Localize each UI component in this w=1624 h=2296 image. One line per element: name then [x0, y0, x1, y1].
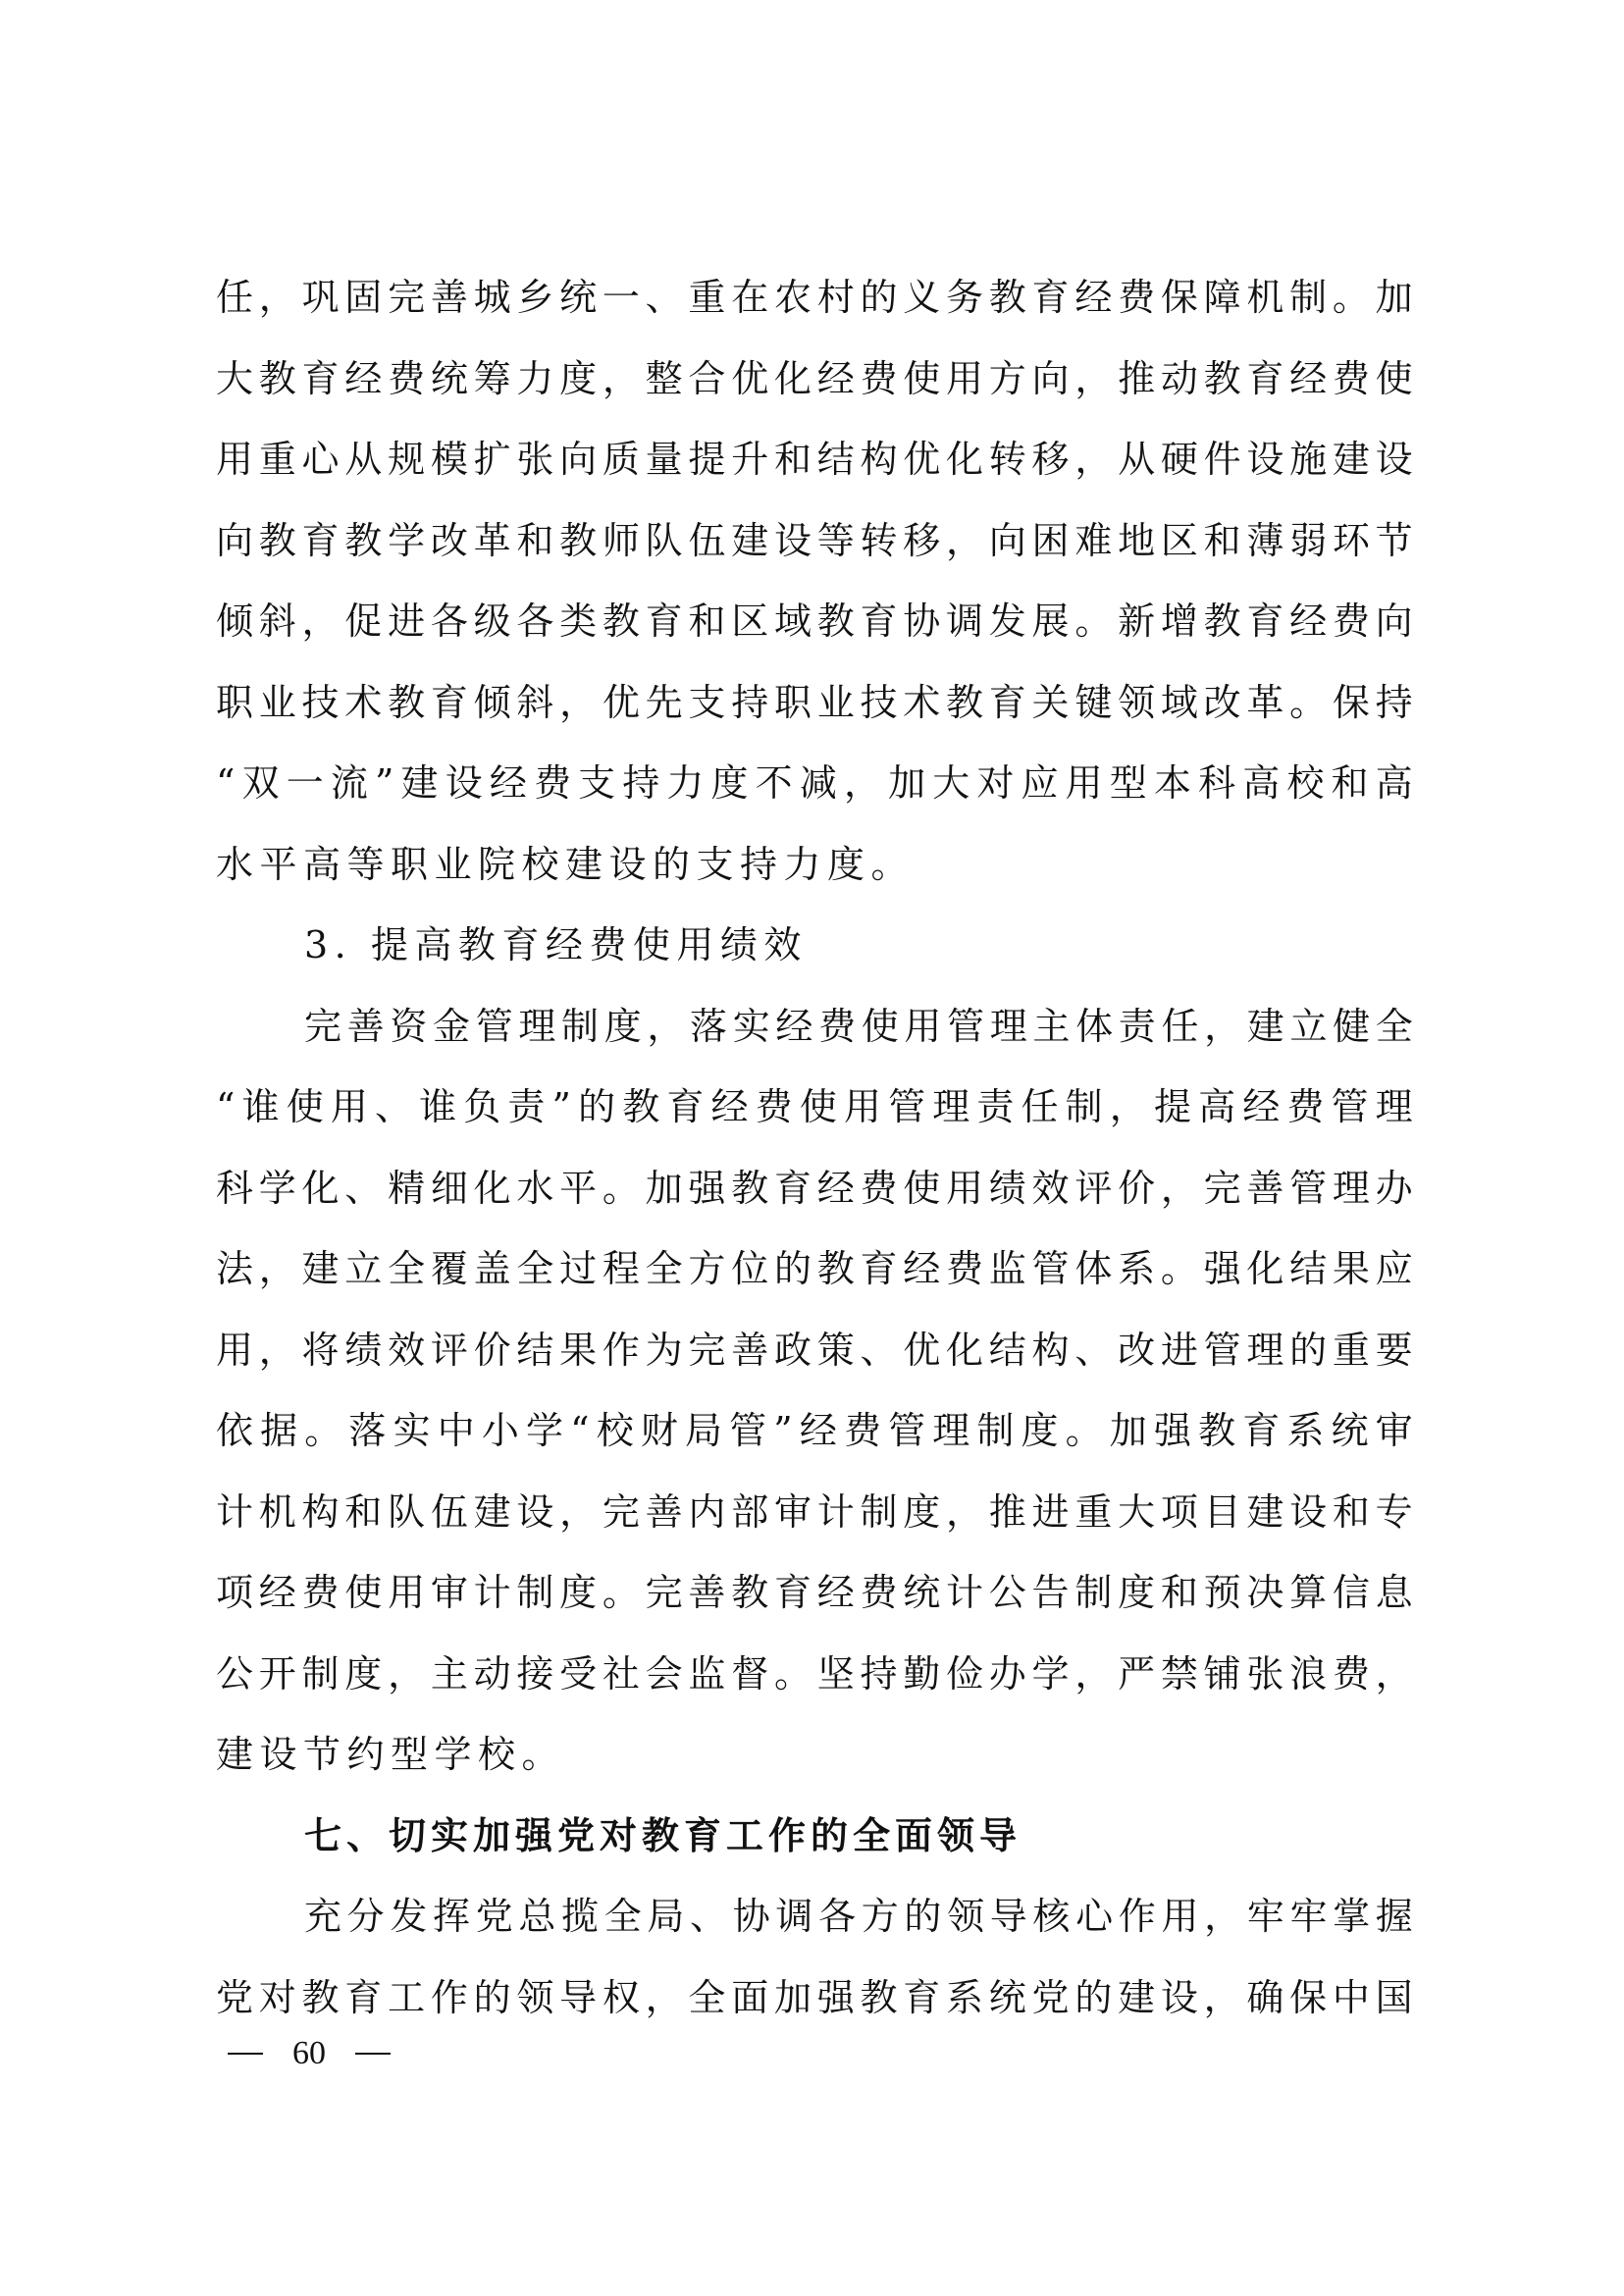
paragraph-line: 科学化、精细化水平。加强教育经费使用绩效评价，完善管理办 [216, 1158, 1413, 1239]
paragraph-line: “谁使用、谁负责”的教育经费使用管理责任制，提高经费管理 [216, 1076, 1413, 1158]
paragraph-line: 法，建立全覆盖全过程全方位的教育经费监管体系。强化结果应 [216, 1238, 1413, 1320]
section-heading: 七、切实加强党对教育工作的全面领导 [216, 1805, 1413, 1887]
paragraph-line: 用重心从规模扩张向质量提升和结构优化转移，从硬件设施建设 [216, 429, 1413, 510]
page-footer: 60 [228, 2035, 391, 2072]
paragraph-line-last: 水平高等职业院校建设的支持力度。 [216, 834, 1413, 915]
paragraph-line: 倾斜，促进各级各类教育和区域教育协调发展。新增教育经费向 [216, 591, 1413, 672]
body-text: 任，巩固完善城乡统一、重在农村的义务教育经费保障机制。加 大教育经费统筹力度，整… [216, 267, 1413, 2048]
paragraph-line: 职业技术教育倾斜，优先支持职业技术教育关键领域改革。保持 [216, 672, 1413, 754]
paragraph-line: 向教育教学改革和教师队伍建设等转移，向困难地区和薄弱环节 [216, 510, 1413, 592]
paragraph-line-last: 建设节约型学校。 [216, 1724, 1413, 1805]
paragraph-line: 大教育经费统筹力度，整合优化经费使用方向，推动教育经费使 [216, 348, 1413, 430]
paragraph-line: 项经费使用审计制度。完善教育经费统计公告制度和预决算信息 [216, 1562, 1413, 1644]
paragraph-line: 任，巩固完善城乡统一、重在农村的义务教育经费保障机制。加 [216, 267, 1413, 348]
section-subheading: 3. 提高教育经费使用绩效 [216, 914, 1413, 996]
paragraph-line-first: 充分发挥党总揽全局、协调各方的领导核心作用，牢牢掌握 [216, 1886, 1413, 1967]
paragraph-line: 用，将绩效评价结果作为完善政策、优化结构、改进管理的重要 [216, 1320, 1413, 1401]
page-number-dash-left [228, 2053, 263, 2055]
paragraph-line: 党对教育工作的领导权，全面加强教育系统党的建设，确保中国 [216, 1967, 1413, 2049]
paragraph-line: 公开制度，主动接受社会监督。坚持勤俭办学，严禁铺张浪费， [216, 1644, 1413, 1725]
page-number-dash-right [355, 2053, 391, 2055]
page-number: 60 [292, 2035, 326, 2072]
paragraph-line: “双一流”建设经费支持力度不减，加大对应用型本科高校和高 [216, 753, 1413, 834]
document-page: 任，巩固完善城乡统一、重在农村的义务教育经费保障机制。加 大教育经费统筹力度，整… [0, 0, 1624, 2296]
paragraph-line-first: 完善资金管理制度，落实经费使用管理主体责任，建立健全 [216, 996, 1413, 1077]
paragraph-line: 依据。落实中小学“校财局管”经费管理制度。加强教育系统审 [216, 1400, 1413, 1482]
paragraph-line: 计机构和队伍建设，完善内部审计制度，推进重大项目建设和专 [216, 1482, 1413, 1563]
